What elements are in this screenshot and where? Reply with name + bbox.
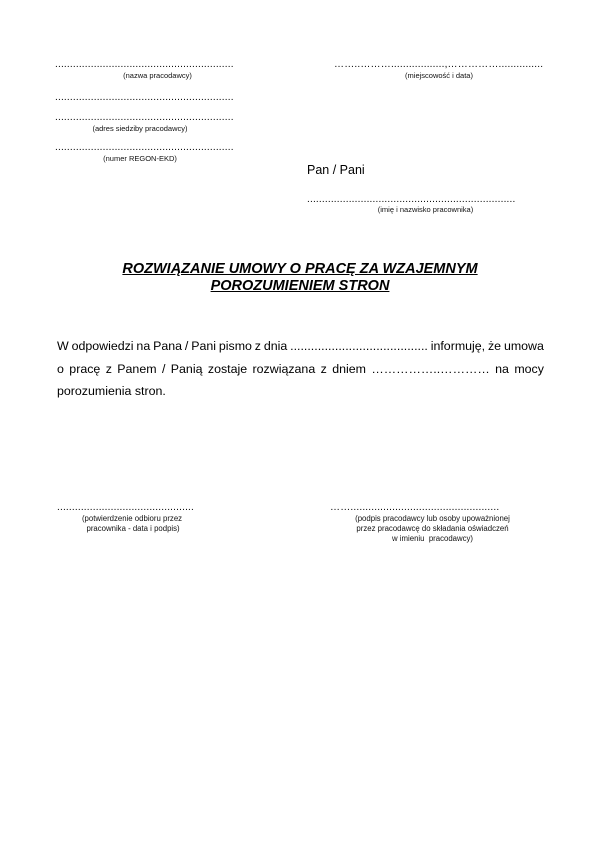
employer-address-line1-field[interactable]: ........................................… [55,93,260,103]
employer-signature-field[interactable]: ……......................................… [330,503,535,544]
body-word: mocy [514,358,544,381]
body-word: na [495,358,509,381]
employer-regon-dotted-line: ........................................… [55,143,260,153]
employer-address-dotted-line: ........................................… [55,113,260,123]
body-word: pismo [219,335,252,358]
place-date-dotted-line: ……..………..................,…………….........… [334,60,544,70]
employee-signature-field[interactable]: ........................................… [57,503,222,534]
body-word: Panem [117,358,156,381]
employer-address-caption: (adres siedziby pracodawcy) [55,124,225,133]
body-word: umowa [504,335,544,358]
document-title: ROZWIĄZANIE UMOWY O PRACĘ ZA WZAJEMNYM P… [0,261,600,295]
body-word: rozwiązana [253,358,316,381]
employer-name-field[interactable]: ........................................… [55,60,260,80]
body-line-3: porozumienia stron. [57,380,544,403]
body-word: z [255,335,261,358]
place-date-field[interactable]: ……..………..................,…………….........… [334,60,544,80]
body-word: informuję, [431,335,485,358]
addressee-salutation: Pan / Pani [307,163,365,177]
body-word: zostaje [208,358,247,381]
employer-address-line1-dotted-line: ........................................… [55,93,260,103]
body-line-3-text: porozumienia stron. [57,380,166,403]
employee-name-dotted-line: ........................................… [307,195,544,205]
body-line-2: opracęzPanem/Paniązostajerozwiązanazdnie… [57,358,544,381]
body-word: z [106,358,112,381]
body-paragraph: WodpowiedzinaPana/Panipismozdnia........… [57,335,544,403]
employer-address-line2-field[interactable]: ........................................… [55,113,260,133]
body-word: Pani [191,335,216,358]
employee-signature-dotted-line: ........................................… [57,503,222,513]
employer-signature-dotted-line: ……......................................… [330,503,535,513]
body-word: dniem [332,358,366,381]
employer-name-dotted-line: ........................................… [55,60,260,70]
employer-signature-caption: (podpis pracodawcy lub osoby upoważnione… [330,514,535,544]
body-word: Pana [153,335,182,358]
employee-name-field[interactable]: ........................................… [307,195,544,214]
body-word: W [57,335,69,358]
body-word: Panią [171,358,203,381]
employee-signature-caption: (potwierdzenie odbioru przez pracownika … [57,514,207,534]
body-word: że [488,335,501,358]
employer-regon-field[interactable]: ........................................… [55,143,260,163]
body-word: z [321,358,327,381]
body-word: o [57,358,64,381]
body-word: na [136,335,150,358]
document-title-line2: POROZUMIENIEM STRON [0,278,600,295]
employer-regon-caption: (numer REGON-EKD) [55,154,225,163]
place-date-caption: (miejscowość i data) [334,71,544,80]
body-line-1: WodpowiedzinaPana/Panipismozdnia........… [57,335,544,358]
body-word: pracę [69,358,100,381]
body-word: ........................................ [290,335,428,358]
document-title-line1: ROZWIĄZANIE UMOWY O PRACĘ ZA WZAJEMNYM [0,261,600,278]
body-word: dnia [264,335,287,358]
body-word: ……………..………… [371,358,489,381]
body-word: / [162,358,165,381]
body-word: odpowiedzi [72,335,134,358]
employer-name-caption: (nazwa pracodawcy) [55,71,260,80]
employee-name-caption: (imię i nazwisko pracownika) [307,205,544,214]
body-word: / [185,335,188,358]
